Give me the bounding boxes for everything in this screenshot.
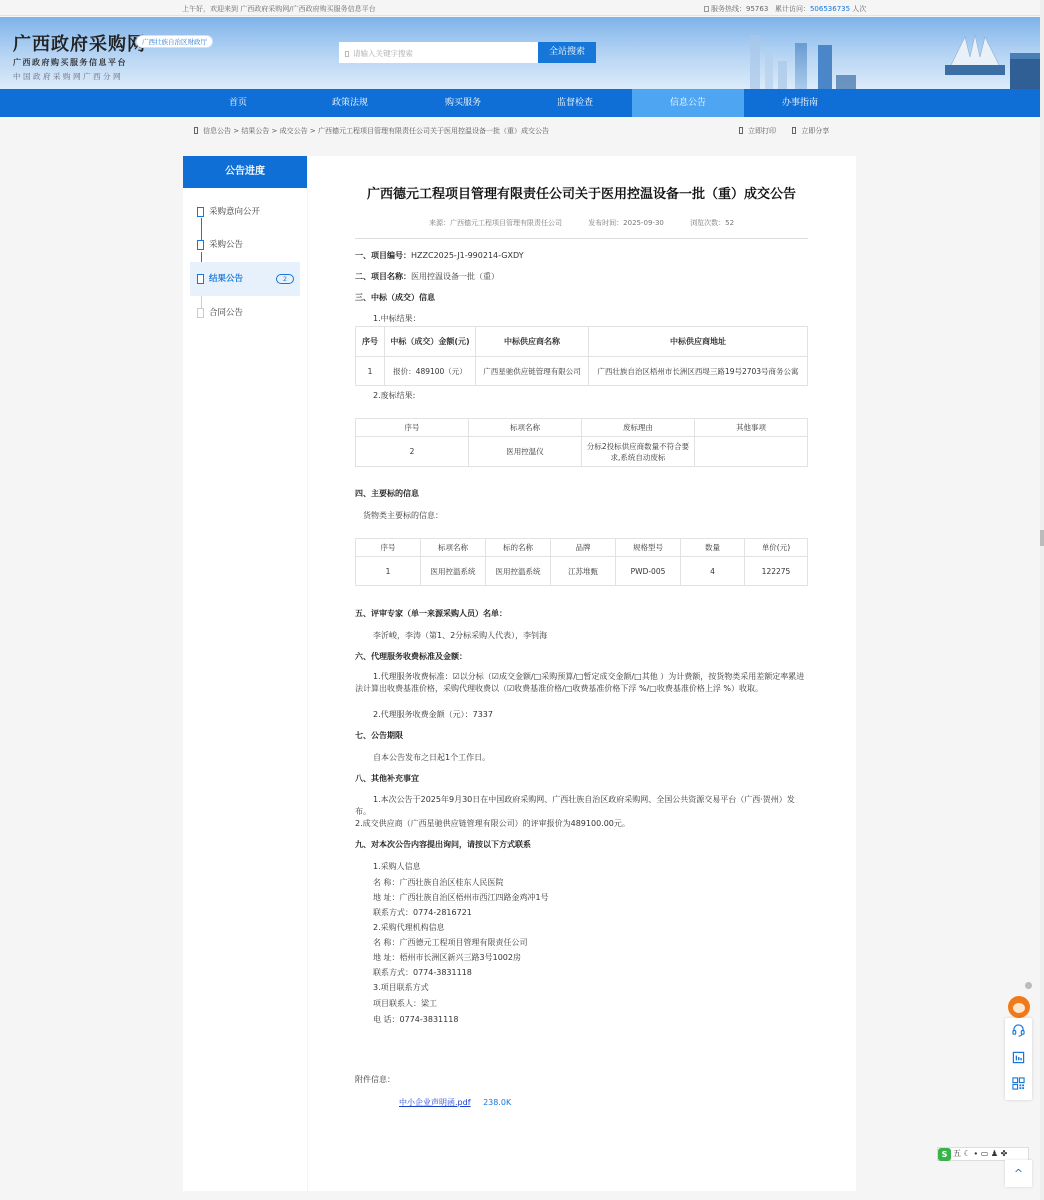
subheading: 2.废标结果:	[373, 390, 415, 401]
customer-service-icon[interactable]	[1012, 1024, 1025, 1037]
city-skyline-banner	[710, 17, 1040, 89]
expert-list: 李沂峻，李涛（第1、2分标采购人代表），李钊海	[373, 630, 547, 641]
article-views: 浏览次数：52	[690, 219, 734, 227]
article-tools: 立即打印 立即分享	[739, 126, 843, 136]
attachment-link[interactable]: 中小企业声明函.pdf	[399, 1098, 471, 1107]
table-row: 1 医用控温系统 医用控温系统 江苏堆甄 PWD-005 4 122275	[356, 557, 808, 586]
contact-line: 联系方式：0774-3831118	[373, 967, 472, 978]
fee-standard: 1.代理服务收费标准：☑以分标（☑成交金额/□采购预算/□暂定成交金额/□其他 …	[355, 671, 808, 695]
contact-line: 地 址：梧州市长洲区新兴三路3号1002房	[373, 952, 521, 963]
report-icon[interactable]	[1012, 1051, 1025, 1064]
goods-table: 序号 标项名称 标的名称 品牌 规格型号 数量 单价(元) 1 医用控温系统 医…	[355, 538, 808, 586]
sidebar-item-contract[interactable]: 合同公告	[190, 296, 300, 330]
section-heading: 五、评审专家（单一来源采购人员）名单：	[355, 608, 507, 619]
nav-item-guide[interactable]: 办事指南	[744, 89, 856, 117]
floating-toolbar	[1005, 1018, 1032, 1100]
phone-icon	[704, 6, 709, 12]
nav-item-announcements[interactable]: 信息公告	[632, 89, 744, 117]
site-logo[interactable]: 广西政府采购网 广西政府购买服务信息平台 中国政府采购网广西分网	[13, 30, 146, 82]
share-button[interactable]: 立即分享	[792, 127, 829, 135]
contact-line: 1.采购人信息	[373, 861, 421, 872]
nav-item-policy[interactable]: 政策法规	[294, 89, 406, 117]
hotline-number: 95763	[746, 5, 768, 13]
section-heading: 六、代理服务收费标准及金额：	[355, 651, 467, 662]
contact-line: 名 称：广西德元工程项目管理有限责任公司	[373, 937, 528, 948]
project-name: 二、项目名称：医用控温设备一批（重）	[355, 271, 499, 282]
project-number: 一、项目编号：HZZC2025-J1-990214-GXDY	[355, 250, 524, 261]
contact-line: 2.采购代理机构信息	[373, 922, 445, 933]
site-header: 广西政府采购网 广西政府购买服务信息平台 中国政府采购网广西分网 广西壮族自治区…	[0, 17, 1040, 89]
article-meta: 来源：广西德元工程项目管理有限责任公司 发布时间：2025-09-30 浏览次数…	[355, 218, 808, 228]
contact-line: 电 话：0774-3831118	[373, 1014, 458, 1025]
sidebar-title: 公告进度	[183, 156, 307, 188]
step-node-icon	[197, 240, 204, 250]
subheading: 1.中标结果：	[373, 313, 421, 324]
main-nav: 首页 政策法规 购买服务 监督检查 信息公告 办事指南	[0, 89, 1040, 117]
attachment-label: 附件信息：	[355, 1074, 395, 1085]
article-date: 发布时间：2025-09-30	[588, 219, 664, 227]
site-search-button[interactable]: 全站搜索	[538, 42, 596, 63]
breadcrumb[interactable]: 信息公告 > 结果公告 > 成交公告 > 广西德元工程项目管理有限责任公司关于医…	[194, 126, 549, 136]
top-bar: 上午好，欢迎来到 广西政府采购网/广西政府购买服务信息平台 服务热线：95763…	[0, 0, 1044, 16]
location-icon	[194, 127, 198, 134]
table-row: 1 报价：489100（元） 广西星驰供应链管理有限公司 广西壮族自治区梧州市长…	[356, 357, 808, 386]
nav-item-purchase-services[interactable]: 购买服务	[407, 89, 519, 117]
sidebar-item-result[interactable]: 结果公告 2	[190, 262, 300, 296]
sidebar-item-procurement[interactable]: 采购公告	[190, 228, 300, 262]
contact-line: 地 址：广西壮族自治区梧州市西江四路金鸡冲1号	[373, 892, 549, 903]
article-source: 来源：广西德元工程项目管理有限责任公司	[429, 219, 562, 227]
share-icon	[792, 127, 796, 134]
supplement-1: 1.本次公告于2025年9月30日在中国政府采购网、广西壮族自治区政府采购网、全…	[355, 794, 808, 818]
notice-period: 自本公告发布之日起1个工作日。	[373, 752, 490, 763]
winning-bid-table: 序号 中标（成交）金额(元) 中标供应商名称 中标供应商地址 1 报价：4891…	[355, 326, 808, 386]
fee-amount: 2.代理服务收费金额（元）：7337	[373, 709, 493, 720]
visit-count: 506536735	[810, 5, 850, 13]
qrcode-icon[interactable]	[1012, 1077, 1025, 1090]
nav-item-home[interactable]: 首页	[182, 89, 294, 117]
section-heading: 九、对本次公告内容提出询问，请按以下方式联系	[355, 839, 531, 850]
scrollbar-thumb[interactable]	[1040, 530, 1044, 546]
contact-line: 项目联系人：梁工	[373, 998, 437, 1009]
section-heading: 四、主要标的信息	[355, 488, 419, 499]
ime-mode[interactable]: 五	[953, 1149, 961, 1158]
close-widget-icon[interactable]	[1025, 982, 1032, 989]
article-title: 广西德元工程项目管理有限责任公司关于医用控温设备一批（重）成交公告	[355, 183, 808, 202]
contact-line: 联系方式：0774-2816721	[373, 907, 472, 918]
back-to-top-button[interactable]: ^	[1005, 1160, 1032, 1187]
article-panel: 广西德元工程项目管理有限责任公司关于医用控温设备一批（重）成交公告 来源：广西德…	[308, 156, 856, 1191]
department-badge: 广西壮族自治区财政厅	[136, 35, 213, 48]
attachment-size: 238.0K	[483, 1098, 511, 1107]
step-node-icon	[197, 207, 204, 217]
step-node-icon	[197, 274, 204, 284]
table-row: 2 医用控温仪 分标2投标供应商数量不符合要求,系统自动废标	[356, 437, 808, 467]
sidebar-item-intent[interactable]: 采购意向公开	[190, 195, 300, 229]
welcome-text: 上午好，欢迎来到 广西政府采购网/广西政府购买服务信息平台	[182, 4, 376, 14]
contact-line: 3.项目联系方式	[373, 982, 429, 993]
input-method-toolbar[interactable]: S五 ☾ ∙ ▭ ♟ ✤	[937, 1147, 1029, 1161]
print-icon	[739, 127, 743, 134]
search-input[interactable]: 请输入关键字搜索	[339, 42, 538, 63]
contact-line: 名 称：广西壮族自治区桂东人民医院	[373, 877, 504, 888]
search-icon	[345, 51, 349, 57]
section-heading: 七、公告期限	[355, 730, 403, 741]
result-count-badge: 2	[276, 274, 294, 284]
mascot-icon[interactable]	[1008, 996, 1030, 1018]
attachment-item: 中小企业声明函.pdf 238.0K	[399, 1097, 511, 1108]
sogou-logo-icon: S	[938, 1148, 951, 1161]
supplement-2: 2.成交供应商（广西星驰供应链管理有限公司）的评审报价为489100.00元。	[355, 818, 808, 830]
nav-item-supervision[interactable]: 监督检查	[519, 89, 631, 117]
print-button[interactable]: 立即打印	[739, 127, 776, 135]
step-node-icon	[197, 308, 204, 318]
site-stats: 服务热线：95763 累计访问：506536735 人次	[704, 4, 866, 14]
subheading: 货物类主要标的信息：	[363, 510, 443, 521]
section-heading: 三、中标（成交）信息	[355, 292, 435, 303]
failed-bid-table: 序号 标项名称 废标理由 其他事项 2 医用控温仪 分标2投标供应商数量不符合要…	[355, 418, 808, 467]
section-heading: 八、其他补充事宜	[355, 773, 419, 784]
divider	[355, 238, 808, 239]
page-scrollbar[interactable]	[1040, 0, 1044, 1200]
